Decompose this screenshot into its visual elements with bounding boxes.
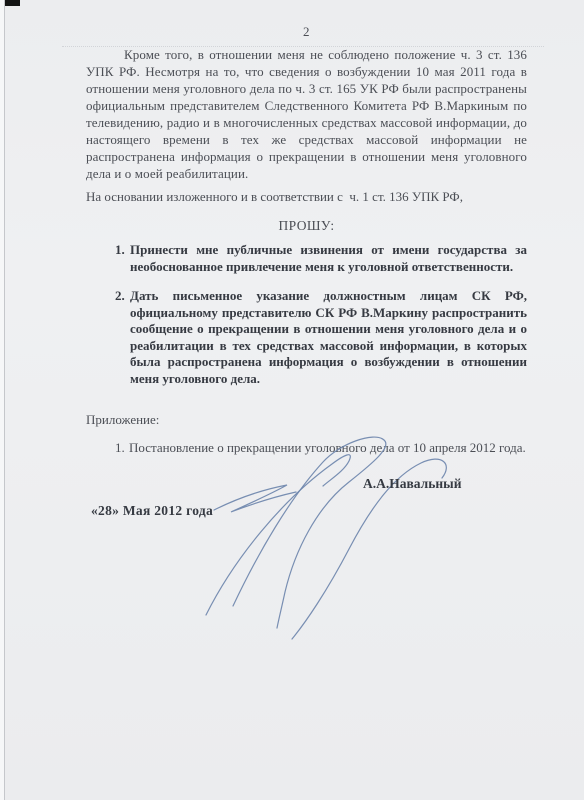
legal-basis-line: На основании изложенного и в соответстви… <box>86 188 527 205</box>
attachment-item-number: 1. <box>115 439 129 456</box>
document-body: 2 Кроме того, в отношении меня не соблюд… <box>0 0 584 456</box>
scanned-document-page: 2 Кроме того, в отношении меня не соблюд… <box>0 0 584 800</box>
request-heading: ПРОШУ: <box>86 217 527 234</box>
request-item-number: 2. <box>115 288 130 387</box>
request-item: 1. Принести мне публичные извинения от и… <box>86 242 527 275</box>
request-item: 2. Дать письменное указание должностным … <box>86 288 527 387</box>
attachment-heading: Приложение: <box>86 411 527 428</box>
request-item-number: 1. <box>115 242 130 275</box>
main-paragraph: Кроме того, в отношении меня не соблюден… <box>86 46 527 182</box>
signatory-name: А.А.Навальный <box>363 476 461 492</box>
handwritten-signature-ink <box>190 428 470 643</box>
requests-list: 1. Принести мне публичные извинения от и… <box>86 242 527 387</box>
request-item-text: Дать письменное указание должностным лиц… <box>130 288 527 387</box>
page-number: 2 <box>86 23 527 40</box>
request-item-text: Принести мне публичные извинения от имен… <box>130 242 527 275</box>
document-date: «28» Мая 2012 года <box>91 503 213 519</box>
